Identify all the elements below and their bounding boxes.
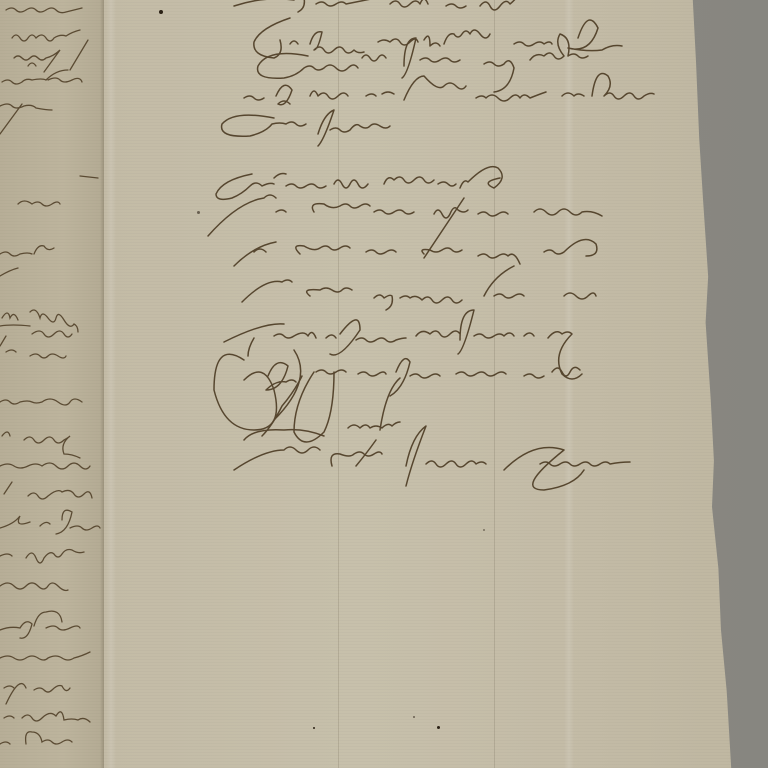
margin-line: re Cynds [0,578,59,593]
margin-line: hime itryoyl [6,30,85,45]
margin-line: e hom [0,738,40,753]
back-sheet: …ependid ind hime itryoyl imimil me c fo… [0,0,106,768]
margin-line: undere wind [0,650,83,665]
photo-stage: …ependid ind hime itryoyl imimil me c fo… [0,0,768,768]
front-sheet: … ouffo … nesfe dor Caird The Sumee Dame… [104,0,744,768]
manuscript-line-3: Sporaiges aie pholue in the Cdeste [254,46,537,64]
margin-line: …ependid ind [4,4,95,19]
margin-line: e tlyfilday [0,546,65,561]
margin-line: le Gpinde [0,708,63,723]
crease-highlight [564,0,574,768]
margin-line: ronofe [0,100,43,115]
margin-line: ide de Symhol [0,400,93,415]
crease-highlight [106,0,116,768]
fold-line [338,0,339,768]
ink-speck [437,726,440,729]
ink-speck [313,727,315,729]
margin-line: of e Pame [0,620,65,635]
margin-line: ly Dunns [0,348,58,363]
manuscript-line-4: ot the by be in of the le laryamst the S… [240,88,596,106]
manuscript-line-8: Ne Emmed tulu Duri ombe ne bord [234,242,517,260]
ink-speck [413,716,415,718]
ink-speck [197,211,200,214]
manuscript-handwriting [104,0,744,768]
margin-line: t in Dellelo [0,488,72,503]
manuscript-line-11: Ruth Thie mo Jaste oteas un b Sue [264,366,543,384]
manuscript-line-10: Cam lay the Sumee Dame Sanlsfon ly [224,330,526,348]
margin-line: ieme in Crame [0,456,97,471]
margin-line: un of [0,246,34,261]
margin-line: of e Poune [0,516,69,531]
margin-line: Drme [16,196,53,211]
margin-line: e fe G [0,680,39,695]
fold-line [494,0,495,768]
manuscript-line-13: Ne do Dame fleapide Z Sude ddere [234,450,517,468]
margin-line: le Mc delloly [0,308,84,323]
manuscript-line-12: voyse [348,418,393,436]
margin-line: e abone [0,430,52,445]
manuscript-line-6: Ne Cormd tulu bould ne Syne [224,170,464,188]
manuscript-line-9: Ne Syth thes degmend Smeye Thee [244,288,531,306]
manuscript-line-7: Ne Cerisold tulu noffe rede lynde [208,204,479,222]
ink-speck [483,529,485,531]
manuscript-line-1: … ouffo … nesfe dor Caird [232,0,446,12]
manuscript-line-2: The Sumee Dame hed voyse other Diuge [254,16,582,34]
ink-speck [159,10,163,14]
manuscript-line-5: Dame Lanlsfon [224,118,345,136]
margin-line: Sanlyfon [26,330,84,345]
margin-line: me c forme [0,76,74,91]
margin-line: imimil [10,52,51,67]
